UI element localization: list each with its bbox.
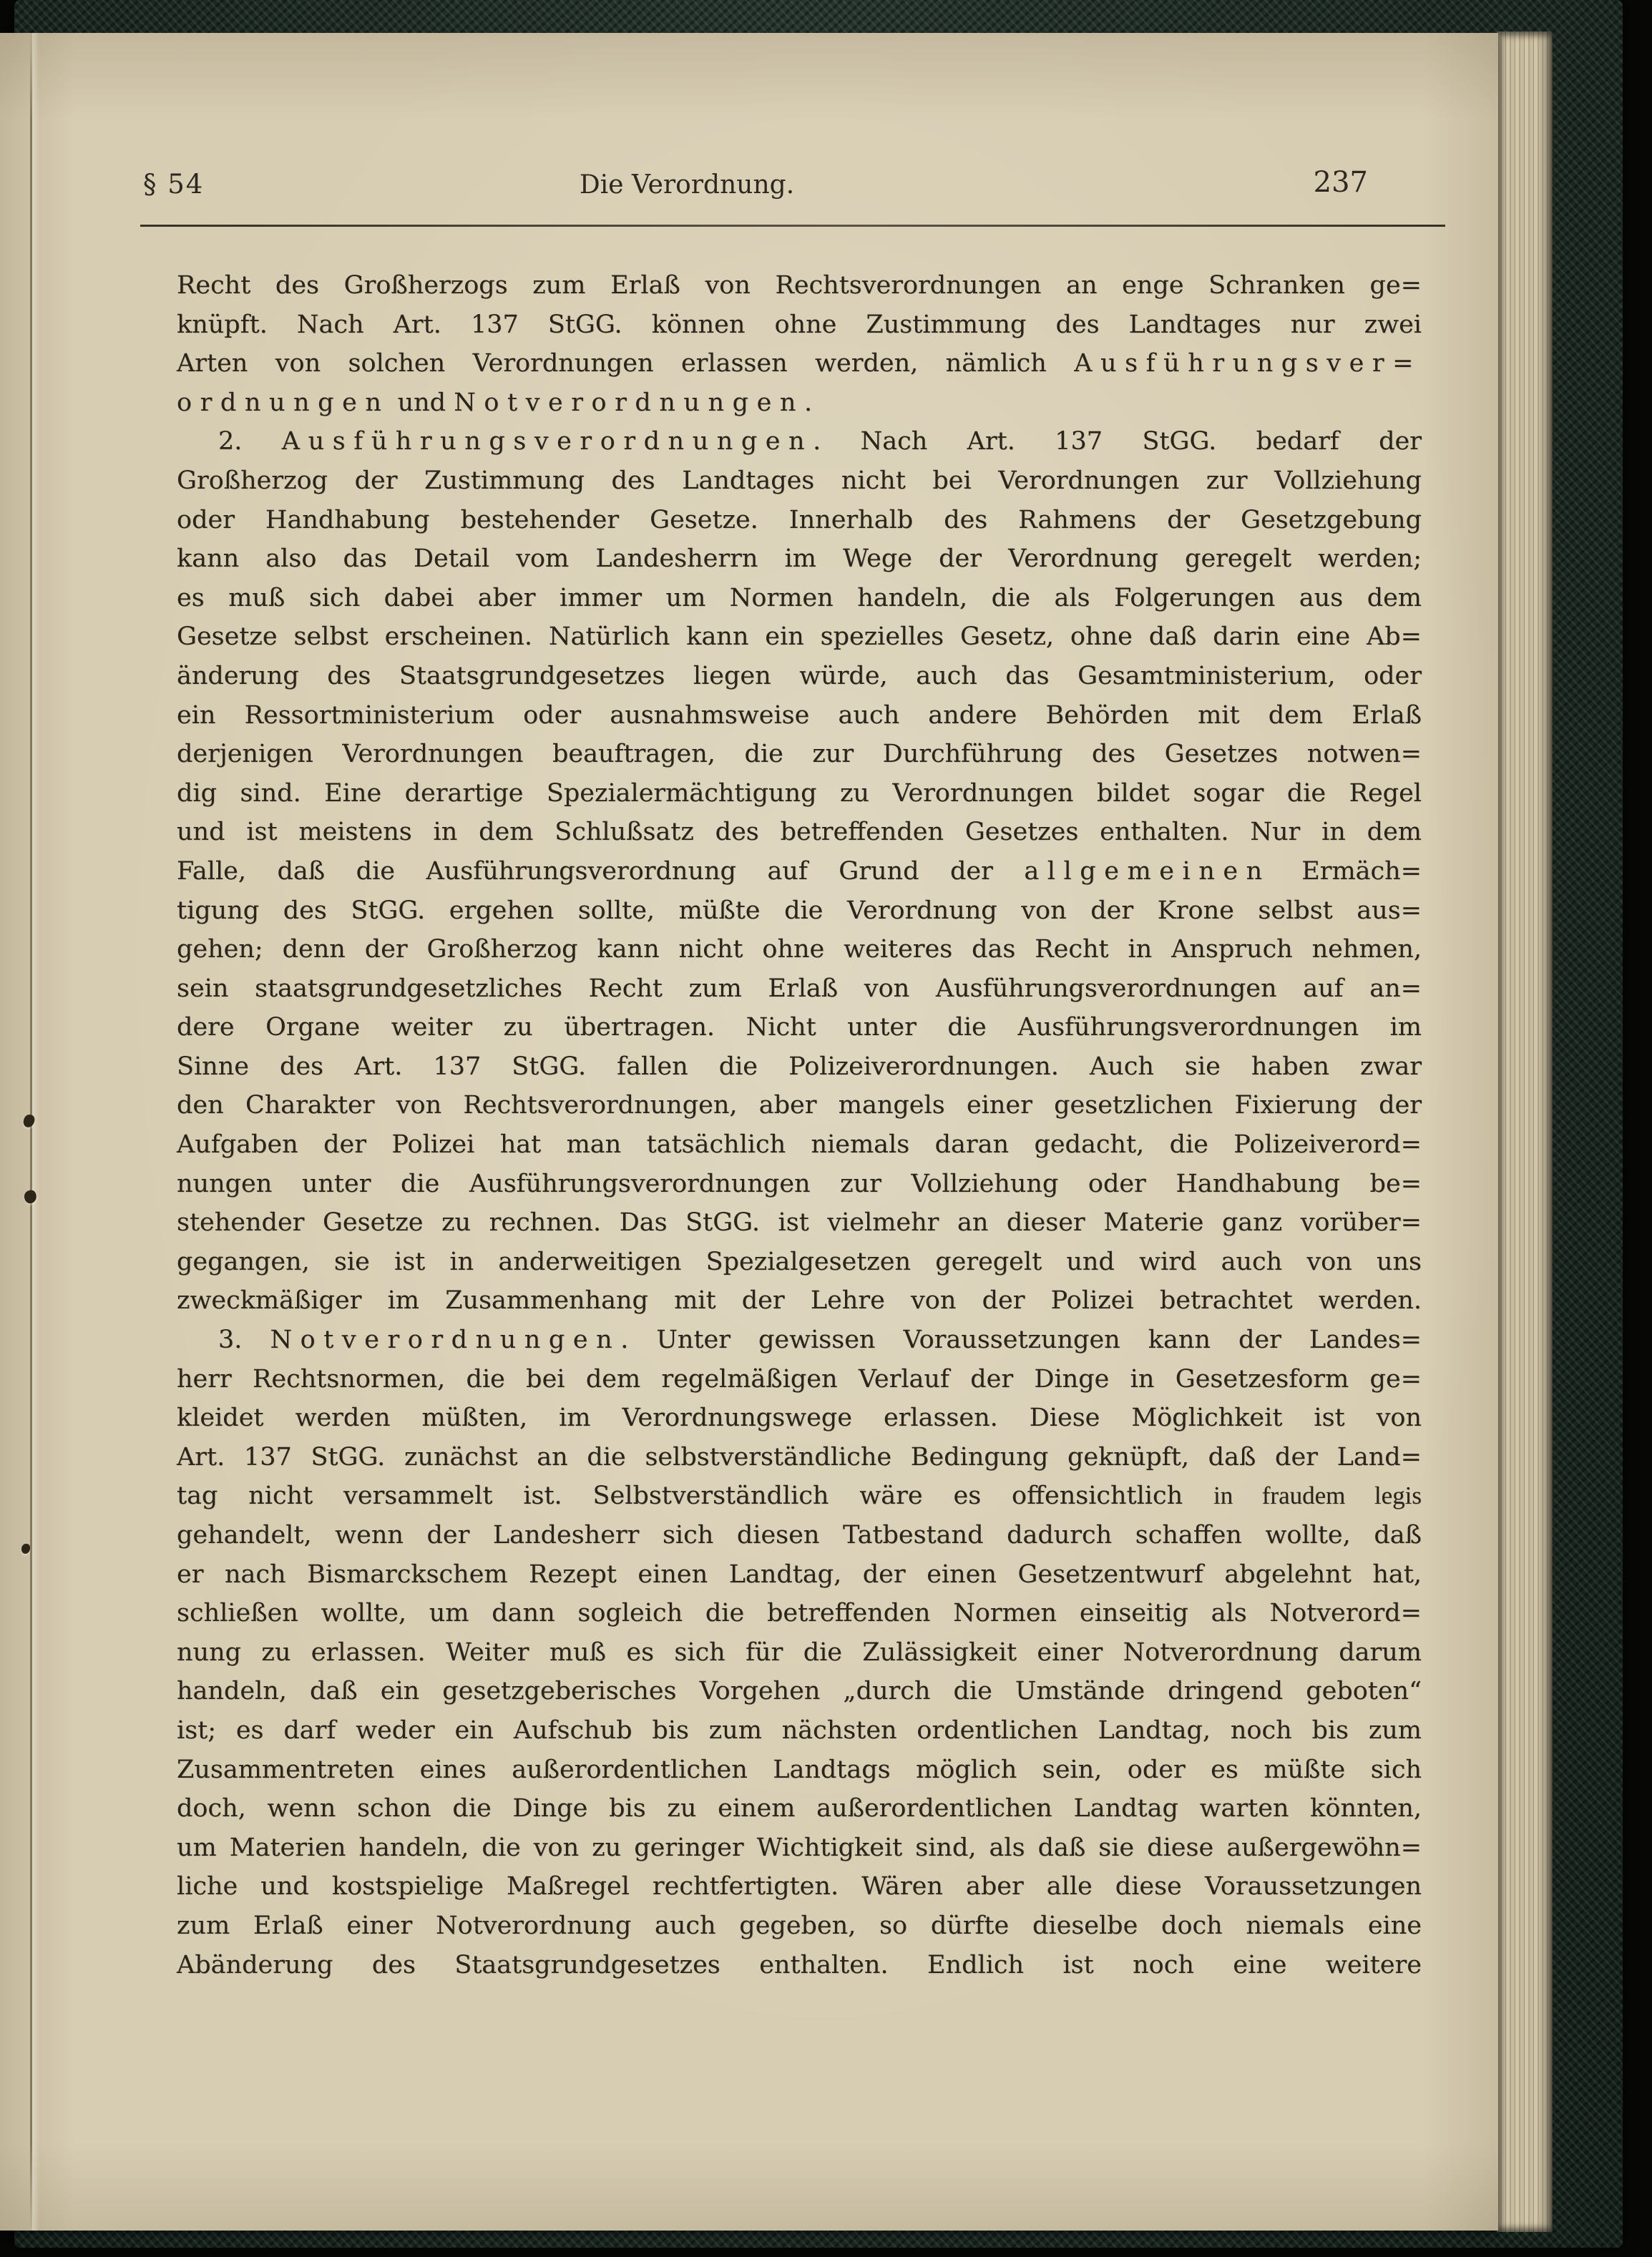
page-text: Recht des Großherzogs zum Erlaß von Rech… — [177, 266, 1422, 1984]
text-line: schließen wollte, um dann sogleich die b… — [177, 1594, 1422, 1633]
text-segment: er nach Bismarckschem Rezept einen Landt… — [177, 1560, 1422, 1589]
text-line: herr Rechtsnormen, die bei dem regelmäßi… — [177, 1360, 1422, 1399]
text-line: stehender Gesetze zu rechnen. Das StGG. … — [177, 1203, 1422, 1243]
text-line: gehen; denn der Großherzog kann nicht oh… — [177, 930, 1422, 969]
gutter-fold-highlight — [32, 33, 39, 2231]
text-segment: nung zu erlassen. Weiter muß es sich für… — [177, 1638, 1422, 1667]
text-line: Aufgaben der Polizei hat man tatsächlich… — [177, 1125, 1422, 1165]
text-line: Zusammentreten eines außerordentlichen L… — [177, 1751, 1422, 1790]
text-segment: 2. — [218, 427, 282, 456]
text-segment: oder Handhabung bestehender Gesetze. Inn… — [177, 506, 1422, 534]
text-line: zweckmäßiger im Zusammenhang mit der Leh… — [177, 1281, 1422, 1321]
text-line: um Materien handeln, die von zu geringer… — [177, 1828, 1422, 1868]
text-line: oder Handhabung bestehender Gesetze. Inn… — [177, 501, 1422, 540]
text-segment: gegangen, sie ist in anderweitigen Spezi… — [177, 1248, 1422, 1276]
text-segment: nungen unter die Ausführungsverordnungen… — [177, 1170, 1422, 1198]
text-segment: tigung des StGG. ergehen sollte, müßte d… — [177, 896, 1422, 925]
text-segment: Art. 137 StGG. zunächst an die selbstver… — [177, 1443, 1422, 1472]
text-line: tigung des StGG. ergehen sollte, müßte d… — [177, 891, 1422, 931]
paragraph: 2. Ausführungsverordnungen. Nach Art. 13… — [177, 422, 1422, 1321]
letterspaced-text: allgemeinen — [1024, 857, 1270, 886]
text-segment: und ist meistens in dem Schlußsatz des b… — [177, 818, 1422, 846]
text-line: 3. Notverordnungen. Unter gewissen Vorau… — [177, 1321, 1422, 1360]
text-line: Falle, daß die Ausführungsverordnung auf… — [177, 852, 1422, 891]
text-line: knüpft. Nach Art. 137 StGG. können ohne … — [177, 305, 1422, 345]
text-line: gegangen, sie ist in anderweitigen Spezi… — [177, 1243, 1422, 1282]
text-segment: zweckmäßiger im Zusammenhang mit der Leh… — [177, 1286, 1422, 1315]
text-segment: dere Organe weiter zu übertragen. Nicht … — [177, 1013, 1422, 1042]
page-number: 237 — [1095, 166, 1368, 199]
paragraph: 3. Notverordnungen. Unter gewissen Vorau… — [177, 1321, 1422, 1984]
text-segment: Ermäch= — [1271, 857, 1422, 886]
text-segment: Arten von solchen Verordnungen erlassen … — [177, 349, 1074, 378]
text-line: Abänderung des Staatsgrundgesetzes entha… — [177, 1946, 1422, 1985]
text-segment: dig sind. Eine derartige Spezialermächti… — [177, 779, 1422, 808]
text-line: Recht des Großherzogs zum Erlaß von Rech… — [177, 266, 1422, 305]
letterspaced-text: Ausführungsver= — [1074, 349, 1422, 378]
text-line: zum Erlaß einer Notverordnung auch gegeb… — [177, 1906, 1422, 1946]
header-rule — [140, 225, 1445, 227]
book-page: § 54 Die Verordnung. 237 Recht des Großh… — [0, 33, 1498, 2231]
page-fore-edge — [1497, 31, 1553, 2232]
text-line: nungen unter die Ausführungsverordnungen… — [177, 1165, 1422, 1204]
text-segment: gehen; denn der Großherzog kann nicht oh… — [177, 935, 1422, 964]
text-segment: kann also das Detail vom Landesherrn im … — [177, 544, 1422, 573]
text-line: änderung des Staatsgrundgesetzes liegen … — [177, 657, 1422, 696]
text-segment: knüpft. Nach Art. 137 StGG. können ohne … — [177, 310, 1422, 339]
text-segment: Falle, daß die Ausführungsverordnung auf… — [177, 857, 1024, 886]
text-segment: Großherzog der Zustimmung des Landtages … — [177, 466, 1422, 495]
text-line: nung zu erlassen. Weiter muß es sich für… — [177, 1633, 1422, 1673]
text-segment: tag nicht versammelt ist. Selbstverständ… — [177, 1482, 1213, 1510]
text-segment: liche und kostspielige Maßregel rechtfer… — [177, 1872, 1422, 1901]
text-segment: derjenigen Verordnungen beauftragen, die… — [177, 740, 1422, 768]
text-line: Gesetze selbst erscheinen. Natürlich kan… — [177, 617, 1422, 657]
text-segment: es muß sich dabei aber immer um Normen h… — [177, 584, 1422, 612]
text-segment: . Nach Art. 137 StGG. bedarf der — [813, 427, 1422, 456]
text-line: ordnungen und Notverordnungen. — [177, 383, 1422, 423]
text-line: kleidet werden müßten, im Verordnungsweg… — [177, 1399, 1422, 1438]
text-line: Arten von solchen Verordnungen erlassen … — [177, 344, 1422, 383]
latin-phrase: in fraudem legis — [1213, 1482, 1422, 1509]
text-line: den Charakter von Rechtsverordnungen, ab… — [177, 1086, 1422, 1125]
text-segment: handeln, daß ein gesetzgeberisches Vorge… — [177, 1677, 1422, 1705]
text-line: Art. 137 StGG. zunächst an die selbstver… — [177, 1438, 1422, 1477]
text-segment: herr Rechtsnormen, die bei dem regelmäßi… — [177, 1365, 1422, 1394]
text-segment: . Unter gewissen Voraussetzungen kann de… — [620, 1326, 1422, 1354]
text-line: handeln, daß ein gesetzgeberisches Vorge… — [177, 1672, 1422, 1711]
text-segment: zum Erlaß einer Notverordnung auch gegeb… — [177, 1911, 1422, 1940]
text-line: dig sind. Eine derartige Spezialermächti… — [177, 774, 1422, 813]
text-segment: 3. — [218, 1326, 270, 1354]
text-line: ist; es darf weder ein Aufschub bis zum … — [177, 1711, 1422, 1751]
text-line: derjenigen Verordnungen beauftragen, die… — [177, 735, 1422, 774]
letterspaced-text: Notverordnungen — [270, 1326, 620, 1354]
text-segment: gehandelt, wenn der Landesherr sich dies… — [177, 1521, 1422, 1549]
text-segment: Abänderung des Staatsgrundgesetzes entha… — [177, 1951, 1422, 1979]
text-line: dere Organe weiter zu übertragen. Nicht … — [177, 1008, 1422, 1047]
text-line: und ist meistens in dem Schlußsatz des b… — [177, 813, 1422, 852]
text-segment: kleidet werden müßten, im Verordnungsweg… — [177, 1404, 1422, 1432]
text-segment: ein Ressortministerium oder ausnahmsweis… — [177, 701, 1422, 730]
text-segment: sein staatsgrundgesetzliches Recht zum E… — [177, 974, 1422, 1003]
text-segment: Sinne des Art. 137 StGG. fallen die Poli… — [177, 1052, 1422, 1081]
text-line: Sinne des Art. 137 StGG. fallen die Poli… — [177, 1047, 1422, 1087]
text-segment: den Charakter von Rechtsverordnungen, ab… — [177, 1091, 1422, 1120]
text-segment: und — [389, 388, 454, 417]
text-line: liche und kostspielige Maßregel rechtfer… — [177, 1867, 1422, 1906]
letterspaced-text: Ausführungsverordnungen — [282, 427, 813, 456]
text-segment: doch, wenn schon die Dinge bis zu einem … — [177, 1794, 1422, 1823]
text-line: sein staatsgrundgesetzliches Recht zum E… — [177, 969, 1422, 1009]
text-segment: Gesetze selbst erscheinen. Natürlich kan… — [177, 622, 1422, 651]
text-line: Großherzog der Zustimmung des Landtages … — [177, 461, 1422, 501]
text-line: tag nicht versammelt ist. Selbstverständ… — [177, 1477, 1422, 1516]
text-segment: ist; es darf weder ein Aufschub bis zum … — [177, 1716, 1422, 1745]
text-line: kann also das Detail vom Landesherrn im … — [177, 539, 1422, 579]
text-segment: schließen wollte, um dann sogleich die b… — [177, 1599, 1422, 1627]
text-line: 2. Ausführungsverordnungen. Nach Art. 13… — [177, 422, 1422, 461]
text-line: ein Ressortministerium oder ausnahmsweis… — [177, 696, 1422, 735]
text-segment: Aufgaben der Polizei hat man tatsächlich… — [177, 1130, 1422, 1159]
text-segment: änderung des Staatsgrundgesetzes liegen … — [177, 662, 1422, 690]
text-segment: Recht des Großherzogs zum Erlaß von Rech… — [177, 271, 1422, 300]
text-segment: stehender Gesetze zu rechnen. Das StGG. … — [177, 1208, 1422, 1237]
text-line: gehandelt, wenn der Landesherr sich dies… — [177, 1516, 1422, 1555]
letterspaced-text: Notverordnungen — [454, 388, 804, 417]
sewing-hole — [21, 1544, 30, 1555]
text-segment: . — [804, 388, 812, 417]
letterspaced-text: ordnungen — [177, 388, 389, 417]
text-line: es muß sich dabei aber immer um Normen h… — [177, 579, 1422, 618]
text-line: er nach Bismarckschem Rezept einen Landt… — [177, 1555, 1422, 1595]
text-line: doch, wenn schon die Dinge bis zu einem … — [177, 1789, 1422, 1828]
text-segment: Zusammentreten eines außerordentlichen L… — [177, 1756, 1422, 1784]
paragraph: Recht des Großherzogs zum Erlaß von Rech… — [177, 266, 1422, 422]
text-segment: um Materien handeln, die von zu geringer… — [177, 1833, 1422, 1862]
